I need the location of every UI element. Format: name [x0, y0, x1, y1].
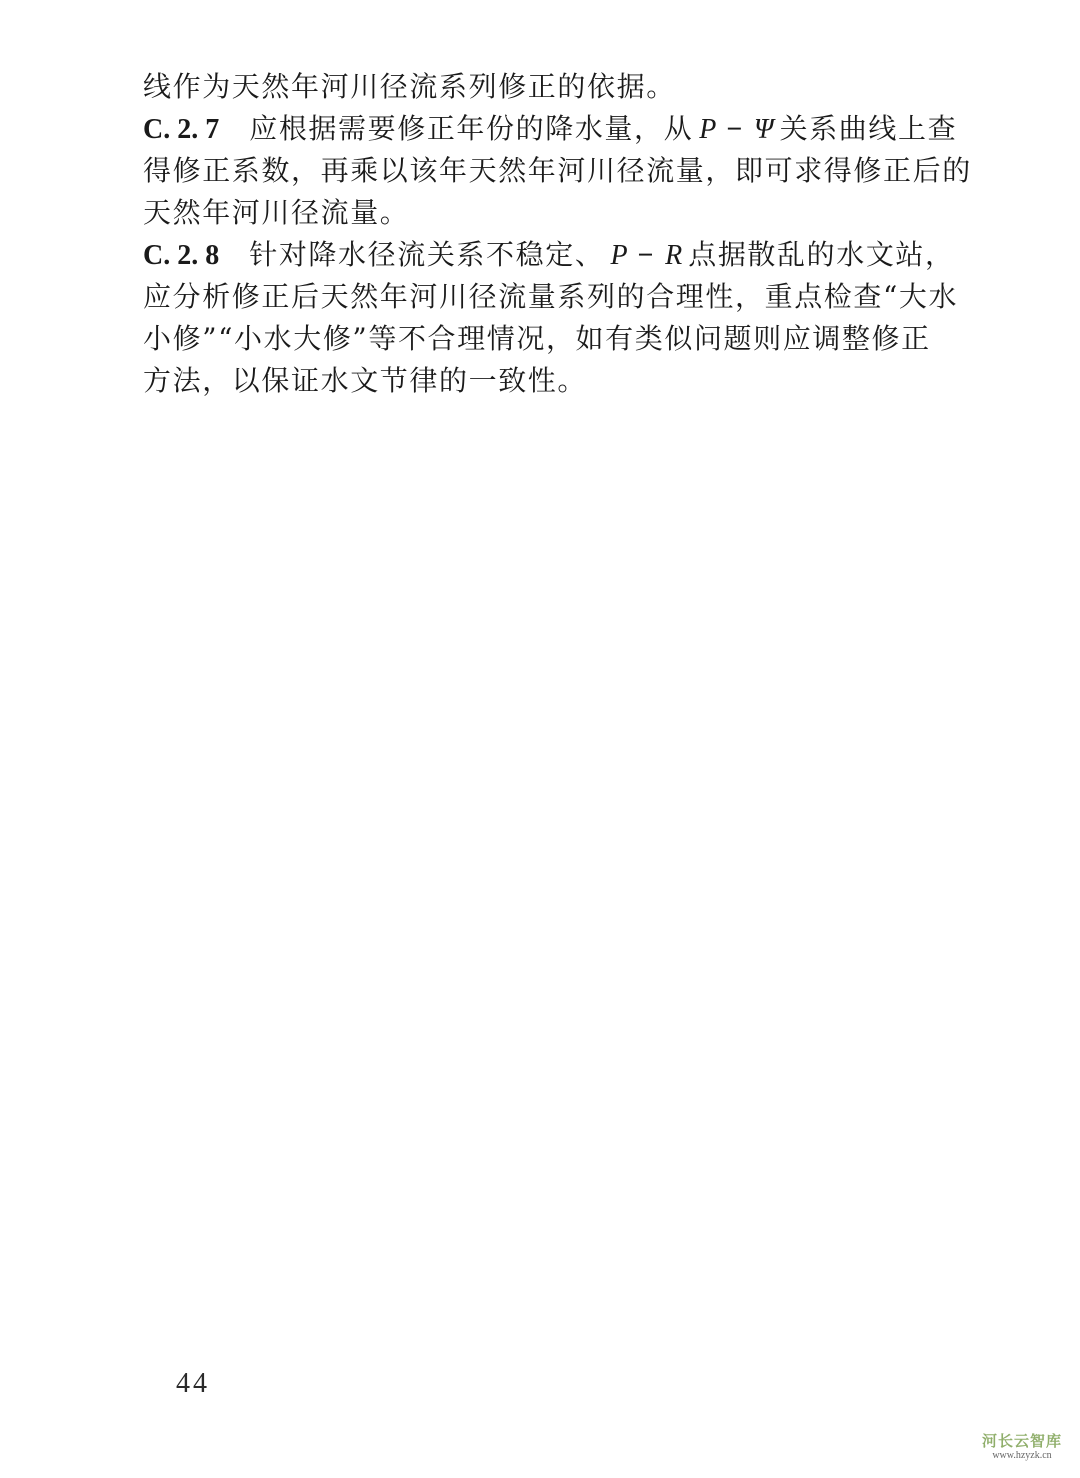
math-dash: −: [638, 240, 656, 271]
clause-c28-line-4: 方法，以保证水文节律的一致性。: [143, 360, 943, 402]
math-symbol-p: P: [610, 240, 627, 271]
clause-c28-line-1: C. 2. 8针对降水径流关系不稳定、P−R点据散乱的水文站，: [143, 234, 943, 276]
clause-c27-line-1: C. 2. 7应根据需要修正年份的降水量，从P−Ψ关系曲线上查: [143, 108, 943, 150]
watermark-logo: 河长云智库 www.hzyzk.cn: [968, 1432, 1076, 1462]
body-text: 线作为天然年河川径流系列修正的依据。 C. 2. 7应根据需要修正年份的降水量，…: [143, 66, 943, 402]
clause-c27-text-pre: 应根据需要修正年份的降水量，从: [249, 112, 693, 145]
math-symbol-p: P: [699, 114, 716, 145]
math-dash: −: [726, 114, 744, 145]
watermark-title: 河长云智库: [968, 1432, 1076, 1450]
document-page: 线作为天然年河川径流系列修正的依据。 C. 2. 7应根据需要修正年份的降水量，…: [0, 0, 1080, 1478]
math-symbol-psi: Ψ: [754, 114, 774, 145]
math-symbol-r: R: [665, 240, 682, 271]
clause-number-c28: C. 2. 8: [143, 240, 219, 271]
paragraph-continuation-line: 线作为天然年河川径流系列修正的依据。: [143, 66, 943, 108]
clause-c28-text-post: 点据散乱的水文站，: [688, 238, 954, 271]
clause-c27-text-post: 关系曲线上查: [780, 112, 958, 145]
clause-c28-line-2: 应分析修正后天然年河川径流量系列的合理性，重点检查“大水: [143, 276, 943, 318]
watermark-url: www.hzyzk.cn: [968, 1450, 1076, 1462]
clause-c27-line-2: 得修正系数，再乘以该年天然年河川径流量，即可求得修正后的: [143, 150, 943, 192]
clause-c28-text-pre: 针对降水径流关系不稳定、: [249, 238, 604, 271]
clause-number-c27: C. 2. 7: [143, 114, 219, 145]
page-number: 44: [176, 1368, 210, 1400]
clause-c27-line-3: 天然年河川径流量。: [143, 192, 943, 234]
clause-c28-line-3: 小修”“小水大修”等不合理情况，如有类似问题则应调整修正: [143, 318, 943, 360]
